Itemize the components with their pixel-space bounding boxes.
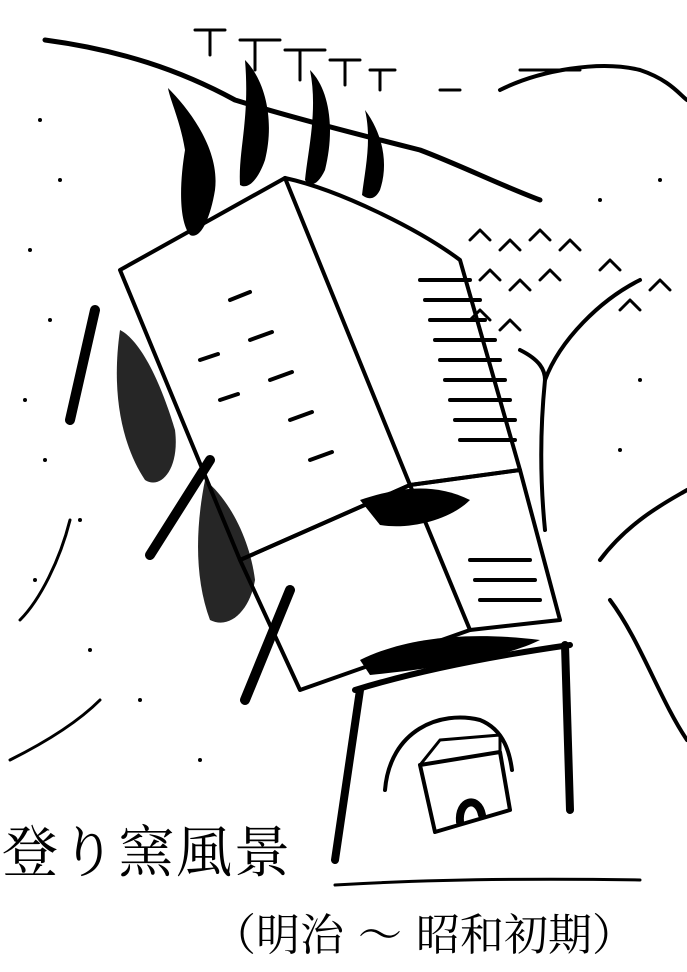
- hill-ridge: [45, 40, 540, 200]
- smoke-plumes: [168, 60, 384, 236]
- buttress-3: [245, 590, 290, 700]
- tree: [520, 280, 640, 530]
- ground-line: [335, 879, 640, 885]
- shelter-post-right: [565, 645, 570, 810]
- firebox-block: [420, 752, 510, 832]
- caption-subtitle: （明治 ～ 昭和初期）: [212, 914, 636, 958]
- buttress-1: [70, 310, 95, 420]
- caption-title: 登り窯風景: [2, 826, 292, 882]
- right-rocks: [600, 490, 687, 740]
- shelter-post-left: [335, 690, 360, 860]
- roof-hatching: [200, 280, 540, 600]
- left-slope: [10, 520, 100, 760]
